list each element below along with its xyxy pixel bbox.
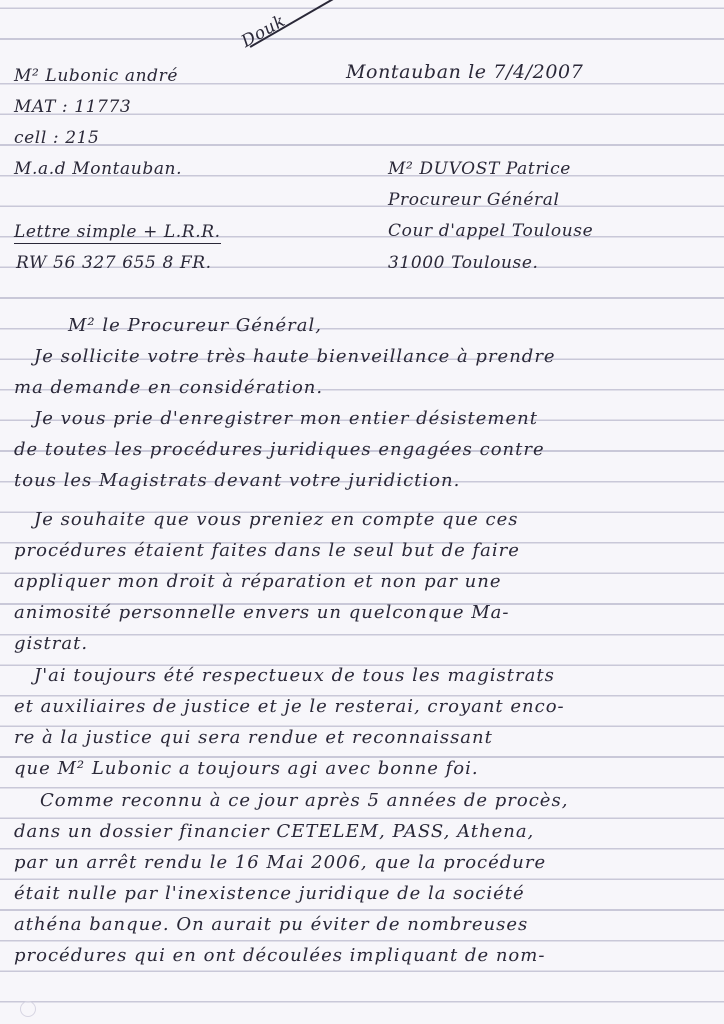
body-line: procédures qui en ont découlées impliqua… [14,946,545,966]
body-line: par un arrêt rendu le 16 Mai 2006, que l… [14,853,546,873]
body-line: était nulle par l'inexistence juridique … [14,884,525,904]
body-line: Comme reconnu à ce jour après 5 années d… [40,791,568,811]
body-line: dans un dossier financier CETELEM, PASS,… [14,822,534,842]
body-line: Je sollicite votre très haute bienveilla… [34,347,556,367]
recipient-court: Cour d'appel Toulouse [388,221,593,241]
tracking-number: RW 56 327 655 8 FR. [16,253,212,273]
delivery-method: Lettre simple + L.R.R. [14,222,221,242]
recipient-name: M² DUVOST Patrice [388,159,571,179]
letter-page: Douk M² Lubonic andré MAT : 11773 cell :… [0,0,724,1024]
sender-mat: MAT : 11773 [14,97,131,117]
place-date: Montauban le 7/4/2007 [346,62,583,82]
recipient-city: 31000 Toulouse. [388,253,539,273]
body-line: J'ai toujours été respectueux de tous le… [34,666,555,686]
body-line: athéna banque. On aurait pu éviter de no… [14,915,528,935]
body-line: procédures étaient faites dans le seul b… [14,541,520,561]
recipient-title: Procureur Général [388,190,559,210]
body-line: que M² Lubonic a toujours agi avec bonne… [14,759,479,779]
body-line: de toutes les procédures juridiques enga… [14,440,545,460]
body-line: gistrat. [14,634,88,654]
page-number-mark [20,1001,36,1017]
body-line: tous les Magistrats devant votre juridic… [14,471,460,491]
body-line: re à la justice qui sera rendue et recon… [14,728,493,748]
body-line: ma demande en considération. [14,378,323,398]
delivery-method-text: Lettre simple + L.R.R. [14,222,221,244]
body-line: Je souhaite que vous preniez en compte q… [34,510,519,530]
body-line: appliquer mon droit à réparation et non … [14,572,502,592]
body-line: et auxiliaires de justice et je le reste… [14,697,565,717]
sender-cell: cell : 215 [14,128,99,148]
sender-name: M² Lubonic andré [14,66,178,86]
body-line: Je vous prie d'enregistrer mon entier dé… [34,409,538,429]
sender-establishment: M.a.d Montauban. [14,159,182,179]
body-line: animosité personnelle envers un quelconq… [14,603,509,623]
stamp-annotation: Douk [238,11,289,52]
salutation: M² le Procureur Général, [68,316,322,336]
